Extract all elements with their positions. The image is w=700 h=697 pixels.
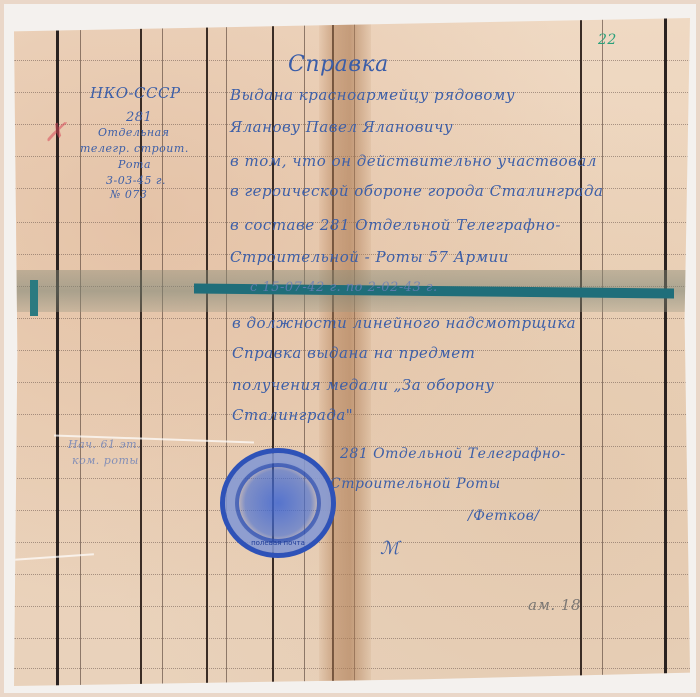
page-number: 22 — [598, 32, 617, 48]
signature-unit-line: Строительной Роты — [330, 476, 501, 492]
official-stamp: полевая почта — [220, 448, 336, 558]
body-line: Строительной - Роты 57 Армии — [230, 248, 509, 266]
body-line: Сталинграда" — [232, 406, 353, 424]
body-line: в должности линейного надсмотрщика — [232, 314, 576, 332]
margin-rule — [664, 18, 667, 686]
header-line: Отдельная — [98, 126, 170, 139]
body-line: Справка выдана на предмет — [232, 344, 475, 362]
header-line: Рота — [118, 158, 151, 171]
header-date: 3-03-45 г. — [106, 174, 166, 187]
footer-left-line: Нач. 61 эт. — [68, 438, 141, 451]
body-line: Выдана красноармейцу рядовому — [230, 86, 515, 104]
stamp-text: полевая почта — [225, 539, 331, 547]
signature-unit-line: 281 Отдельной Телеграфно- — [340, 446, 566, 462]
body-line: в составе 281 Отдельной Телеграфно- — [230, 216, 561, 234]
archive-note: ам. 18 — [528, 596, 581, 614]
header-reg-number: № 073 — [110, 188, 147, 201]
body-line: в героической обороне города Сталинграда — [230, 182, 603, 200]
column-rule — [226, 18, 227, 686]
crease — [14, 553, 94, 561]
document-paper: ✗ 22 НКО-СССР 281 Отдельная телегр. стро… — [14, 18, 690, 686]
body-line: с 15-07-42 г. по 2-02-43 г. — [250, 280, 438, 295]
body-line: в том, что он действительно участвовал — [230, 152, 597, 170]
body-line: получения медали „За оборону — [232, 376, 494, 394]
teal-tape-edge — [30, 280, 38, 316]
footer-left-line: ком. роты — [72, 454, 139, 467]
column-rule — [206, 18, 208, 686]
column-rule — [602, 18, 603, 686]
column-rule — [580, 18, 582, 686]
header-unit-number: 281 — [126, 110, 152, 125]
body-line: Яланову Павел Ялановичу — [230, 118, 453, 136]
signature-scribble: ℳ — [380, 538, 400, 559]
header-line: телегр. строит. — [80, 142, 189, 155]
signature-name: /Фетков/ — [468, 508, 540, 524]
column-rule — [162, 18, 163, 686]
header-org: НКО-СССР — [90, 84, 181, 102]
document-title: Справка — [288, 52, 389, 77]
